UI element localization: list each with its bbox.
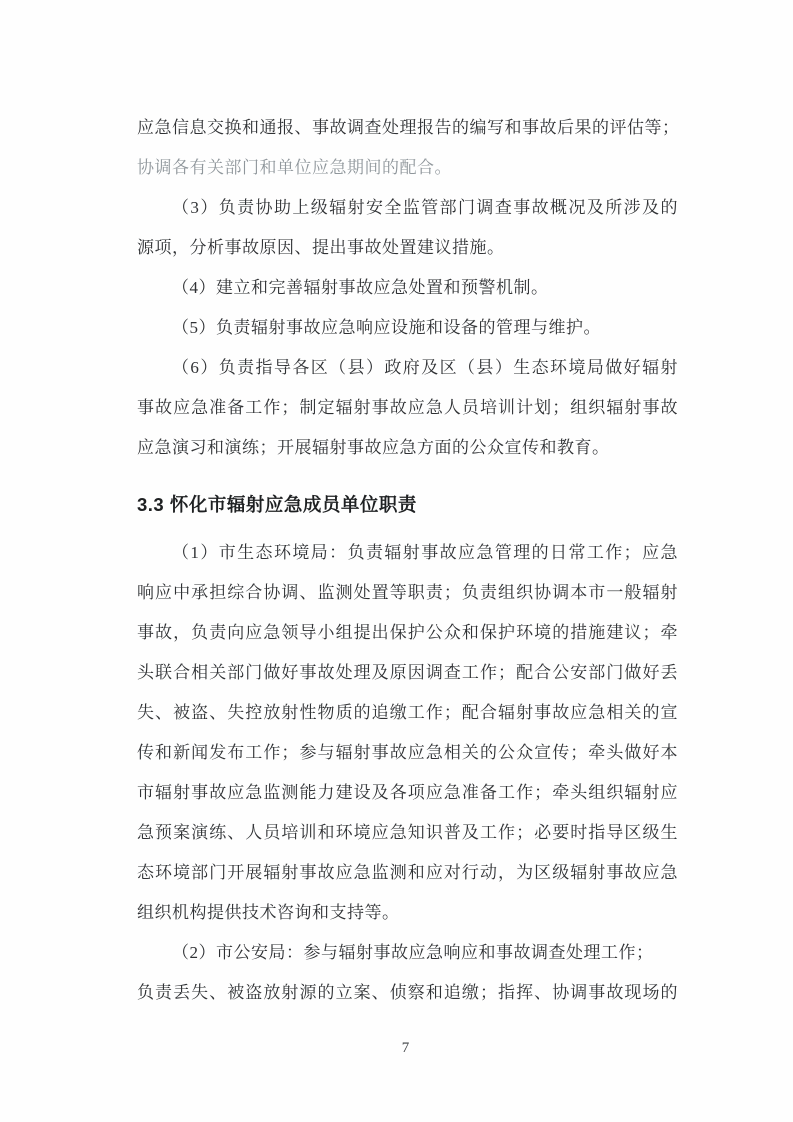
section-heading: 3.3 怀化市辐射应急成员单位职责 — [137, 485, 678, 525]
text-line: 负责丢失、被盗放射源的立案、侦察和追缴；指挥、协调事故现场的 — [137, 973, 678, 1013]
text-line: 组织机构提供技术咨询和支持等。 — [137, 893, 678, 933]
text-line: 头联合相关部门做好事故处理及原因调查工作；配合公安部门做好丢 — [137, 653, 678, 693]
page-number: 7 — [0, 1033, 793, 1063]
text-line: 事故，负责向应急领导小组提出保护公众和保护环境的措施建议；牵 — [137, 613, 678, 653]
text-line: 急预案演练、人员培训和环境应急知识普及工作；必要时指导区级生 — [137, 813, 678, 853]
body-text-block-top: 应急信息交换和通报、事故调查处理报告的编写和事故后果的评估等；协调各有关部门和单… — [137, 108, 678, 468]
text-line: 传和新闻发布工作；参与辐射事故应急相关的公众宣传；牵头做好本 — [137, 733, 678, 773]
text-line: （1）市生态环境局：负责辐射事故应急管理的日常工作；应急 — [137, 533, 678, 573]
text-line: 协调各有关部门和单位应急期间的配合。 — [137, 148, 678, 188]
text-line: （3）负责协助上级辐射安全监管部门调查事故概况及所涉及的 — [137, 188, 678, 228]
text-line: 事故应急准备工作；制定辐射事故应急人员培训计划；组织辐射事故 — [137, 388, 678, 428]
text-line: 响应中承担综合协调、监测处置等职责；负责组织协调本市一般辐射 — [137, 573, 678, 613]
document-page: 应急信息交换和通报、事故调查处理报告的编写和事故后果的评估等；协调各有关部门和单… — [0, 0, 793, 1122]
text-line: 态环境部门开展辐射事故应急监测和应对行动，为区级辐射事故应急 — [137, 853, 678, 893]
text-column: 应急信息交换和通报、事故调查处理报告的编写和事故后果的评估等；协调各有关部门和单… — [137, 108, 678, 1013]
body-text-block-bottom: （1）市生态环境局：负责辐射事故应急管理的日常工作；应急响应中承担综合协调、监测… — [137, 533, 678, 1013]
text-line: 应急信息交换和通报、事故调查处理报告的编写和事故后果的评估等； — [137, 108, 678, 148]
text-line: 市辐射事故应急监测能力建设及各项应急准备工作；牵头组织辐射应 — [137, 773, 678, 813]
text-line: （4）建立和完善辐射事故应急处置和预警机制。 — [137, 268, 678, 308]
text-line: （5）负责辐射事故应急响应设施和设备的管理与维护。 — [137, 308, 678, 348]
text-line: （6）负责指导各区（县）政府及区（县）生态环境局做好辐射 — [137, 348, 678, 388]
text-line: 应急演习和演练；开展辐射事故应急方面的公众宣传和教育。 — [137, 428, 678, 468]
text-line: 源项，分析事故原因、提出事故处置建议措施。 — [137, 228, 678, 268]
text-line: （2）市公安局：参与辐射事故应急响应和事故调查处理工作； — [137, 933, 678, 973]
text-line: 失、被盗、失控放射性物质的追缴工作；配合辐射事故应急相关的宣 — [137, 693, 678, 733]
